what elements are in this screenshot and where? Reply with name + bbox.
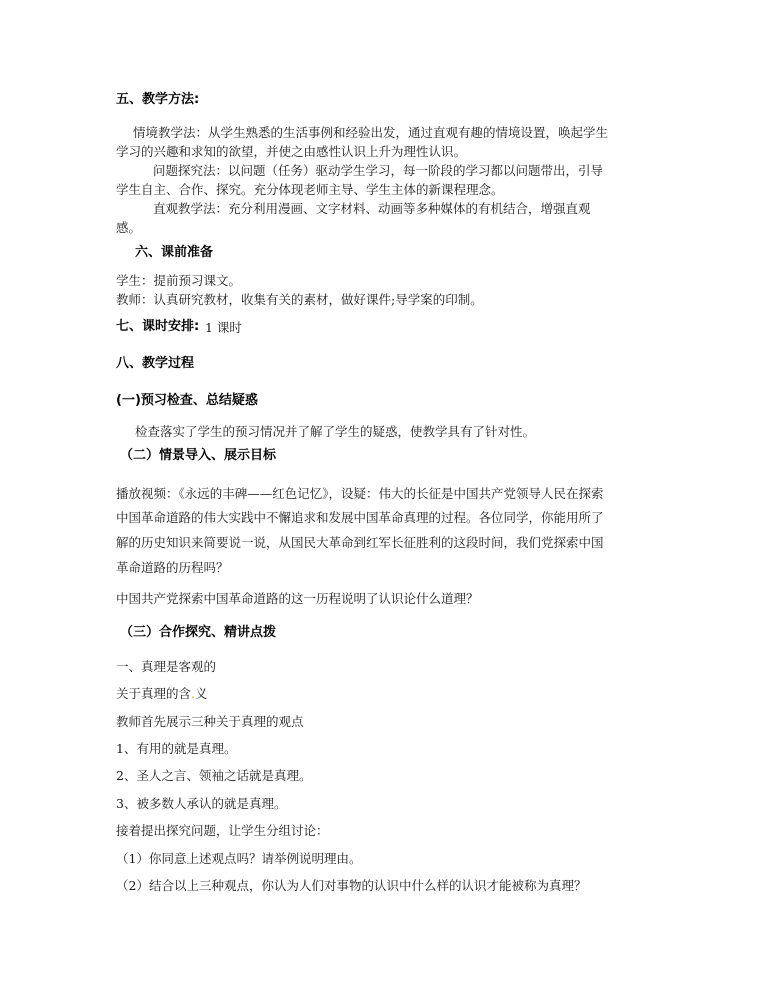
paragraph-line: 革命道路的历程吗？ — [116, 560, 229, 576]
paragraph-line: 教师：认真研究教材，收集有关的素材，做好课件;导学案的印制。 — [116, 292, 483, 308]
text-span: 关于真理的含 — [116, 686, 191, 701]
paragraph-line: 问题探究法：以问题（任务）驱动学生学习，每一阶段的学习都以问题带出，引导 — [153, 163, 603, 179]
schedule-value: 1 课时 — [205, 320, 242, 336]
text-span: 义 — [195, 686, 208, 701]
paragraph-line: 一、真理是客观的 — [116, 659, 216, 675]
document-page: 五、教学方法: 情境教学法：从学生熟悉的生活事例和经验出发，通过直观有趣的情境设… — [0, 0, 770, 1000]
paragraph-line: 关于真理的含.义 — [116, 686, 208, 702]
subsection-heading-preview: (一)预习检查、总结疑惑 — [116, 393, 258, 409]
section-heading-teaching-methods: 五、教学方法: — [116, 92, 199, 108]
paragraph-line: 感。 — [116, 220, 141, 236]
section-heading-preparation: 六、课前准备 — [135, 245, 213, 261]
subsection-heading-inquiry: （三）合作探究、精讲点拨 — [120, 625, 276, 641]
paragraph-line: 播放视频：《永远的丰碑——红色记忆》，设疑：伟大的长征是中国共产党领导人民在探索 — [116, 486, 604, 502]
paragraph-line: 中国共产党探索中国革命道路的这一历程说明了认识论什么道理？ — [116, 591, 479, 607]
subsection-heading-intro: （二）情景导入、展示目标 — [120, 448, 276, 464]
question-item: （2）结合以上三种观点，你认为人们对事物的认识中什么样的认识才能被称为真理？ — [116, 878, 586, 894]
paragraph-line: 学习的兴趣和求知的欲望，并使之由感性认识上升为理性认识。 — [116, 144, 466, 160]
paragraph-line: 学生自主、合作、探究。充分体现老师主导、学生主体的新课程理念。 — [116, 182, 504, 198]
paragraph-line: 学生：提前预习课文。 — [116, 273, 241, 289]
paragraph-line: 接着提出探究问题，让学生分组讨论： — [116, 823, 329, 839]
section-heading-process: 八、教学过程 — [116, 356, 194, 372]
paragraph-line: 解的历史知识来简要说一说，从国民大革命到红军长征胜利的这段时间，我们党探索中国 — [116, 535, 604, 551]
paragraph-line: 教师首先展示三种关于真理的观点 — [116, 714, 304, 730]
paragraph-line: 直观教学法：充分利用漫画、文字材料、动画等多种媒体的有机结合，增强直观 — [153, 201, 591, 217]
paragraph-line: 检查落实了学生的预习情况并了解了学生的疑惑，使教学具有了针对性。 — [135, 424, 535, 440]
paragraph-line: 中国革命道路的伟大实践中不懈追求和发展中国革命真理的过程。各位同学，你能用所了 — [116, 510, 604, 526]
paragraph-line: 情境教学法：从学生熟悉的生活事例和经验出发，通过直观有趣的情境设置，唤起学生 — [133, 125, 608, 141]
list-item: 2、圣人之言、领袖之话就是真理。 — [116, 768, 311, 784]
section-heading-schedule: 七、课时安排: — [116, 319, 199, 335]
list-item: 3、被多数人承认的就是真理。 — [116, 796, 286, 812]
question-item: （1）你同意上述观点吗？请举例说明理由。 — [116, 851, 361, 867]
list-item: 1、有用的就是真理。 — [116, 741, 236, 757]
